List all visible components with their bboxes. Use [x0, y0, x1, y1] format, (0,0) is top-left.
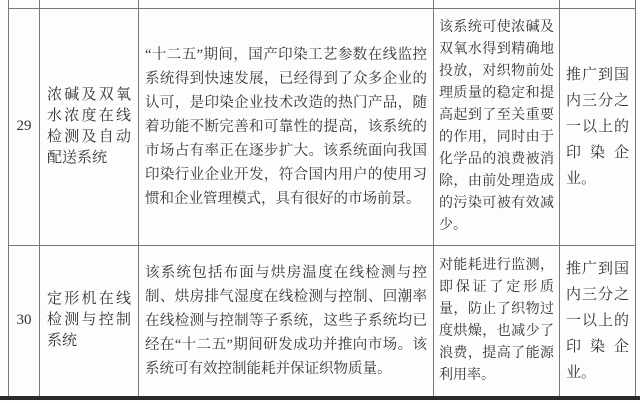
application-effect-cell: 该系统可使浓碱及双氧水得到精确地投放，对织物前处理质量的稳定和提高起到了至关重要… [434, 8, 560, 245]
spacer-cell [560, 0, 636, 8]
technology-promotion-table: 29 浓碱及双氧水浓度在线检测及自动配送系统 “十二五”期间，国产印染工艺参数在… [8, 0, 636, 397]
application-effect-cell: 对能耗进行监测，即保证了定形质量，防止了织物过度烘燥，也减少了浪费，提高了能源利… [434, 245, 560, 396]
table-row-30: 30 定形机在线检测与控制系统 该系统包括布面与烘房温度在线检测与控制、烘房排气… [9, 245, 636, 396]
table-row-29: 29 浓碱及双氧水浓度在线检测及自动配送系统 “十二五”期间，国产印染工艺参数在… [9, 8, 636, 245]
technology-name-cell: 定形机在线检测与控制系统 [40, 245, 139, 396]
technology-description-cell: “十二五”期间，国产印染工艺参数在线监控系统得到快速发展，已经得到了众多企业的认… [139, 8, 434, 245]
spacer-cell [139, 0, 434, 8]
promotion-target-cell: 推广到国内三分之一以上的印染企业。 [560, 245, 636, 396]
bottom-crop-line [0, 396, 640, 400]
promotion-target-cell: 推广到国内三分之一以上的印染企业。 [560, 8, 636, 245]
spacer-cell [40, 0, 139, 8]
scanned-document-page: 29 浓碱及双氧水浓度在线检测及自动配送系统 “十二五”期间，国产印染工艺参数在… [0, 0, 640, 403]
spacer-cell [9, 0, 40, 8]
row-number-cell: 30 [9, 245, 40, 396]
table-row-partial-top [9, 0, 636, 8]
spacer-cell [434, 0, 560, 8]
technology-name-cell: 浓碱及双氧水浓度在线检测及自动配送系统 [40, 8, 139, 245]
technology-description-cell: 该系统包括布面与烘房温度在线检测与控制、烘房排气湿度在线检测与控制、回潮率在线检… [139, 245, 434, 396]
row-number-cell: 29 [9, 8, 40, 245]
